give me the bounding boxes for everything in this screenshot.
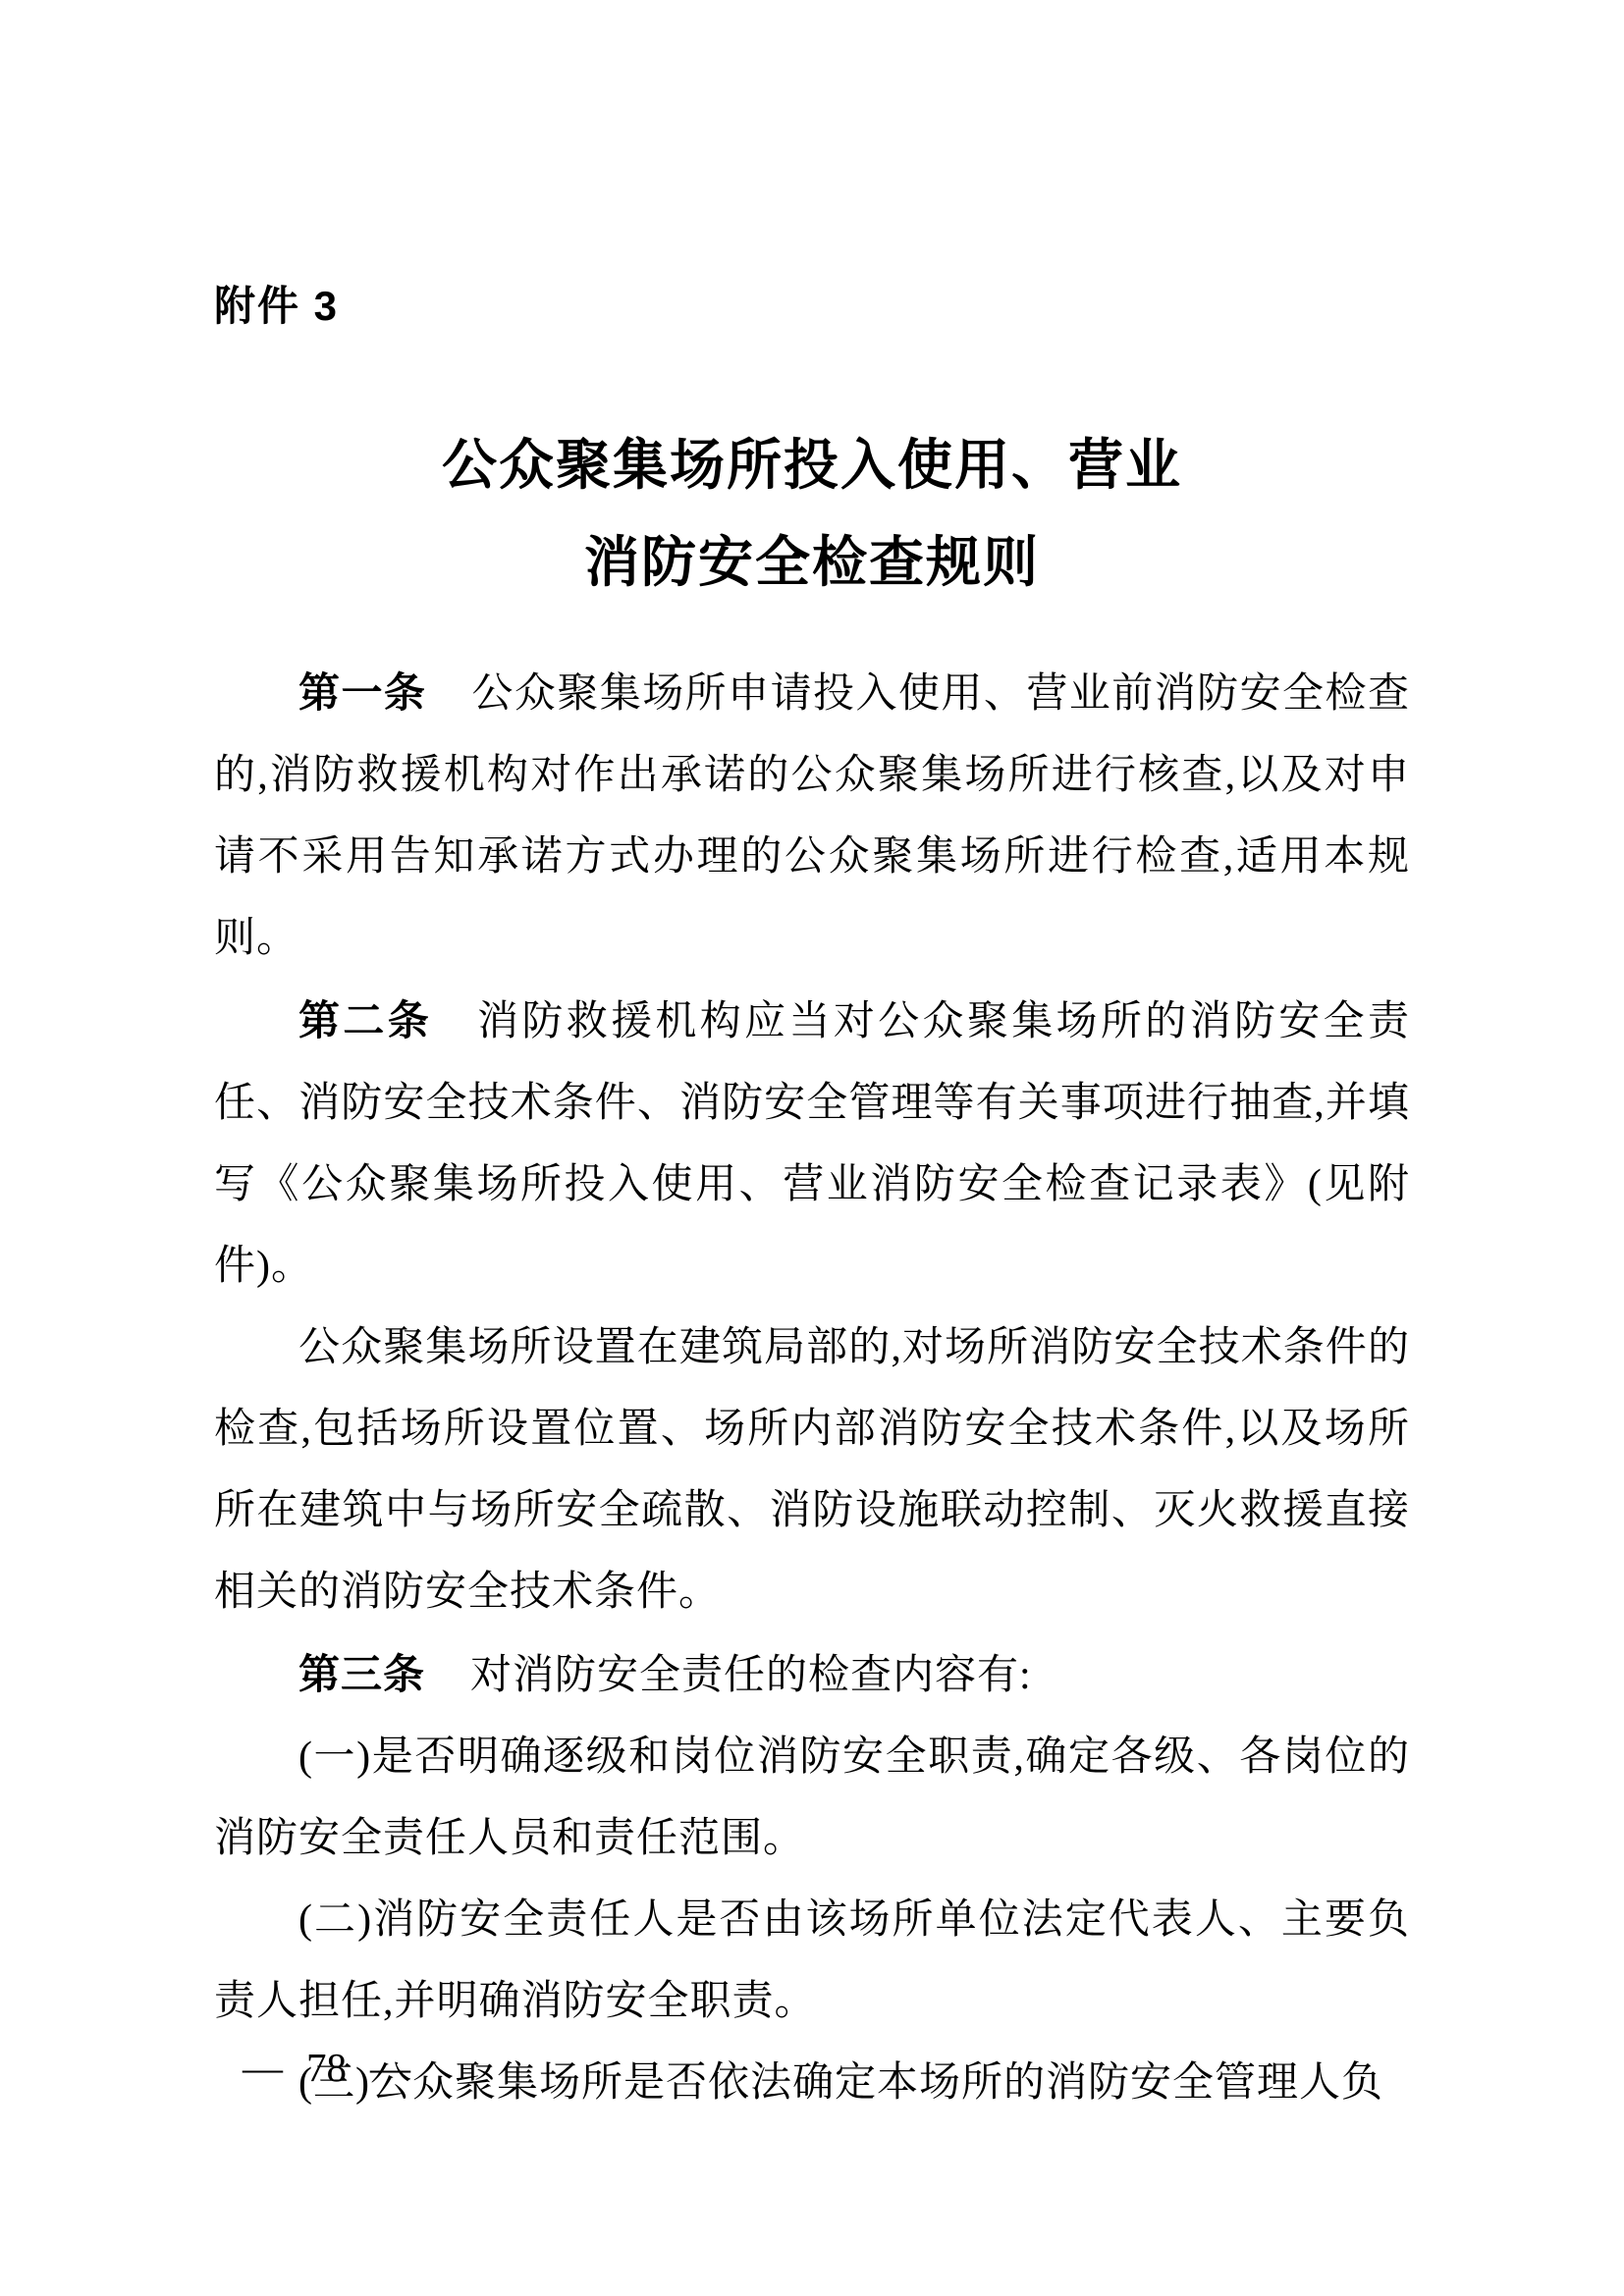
paragraph: 第三条对消防安全责任的检查内容有: <box>214 1633 1410 1717</box>
paragraph-text: (一)是否明确逐级和岗位消防安全职责,确定各级、各岗位的消防安全责任人员和责任范… <box>214 1735 1410 1861</box>
paragraph-text: (三)公众聚集场所是否依法确定本场所的消防安全管理人负 <box>298 2060 1383 2106</box>
page-number: 78 <box>306 2048 347 2088</box>
paragraph-text: 公众聚集场所设置在建筑局部的,对场所消防安全技术条件的检查,包括场所设置位置、场… <box>214 1325 1410 1615</box>
paragraph-text: 对消防安全责任的检查内容有: <box>470 1653 1032 1698</box>
document-title-line1: 公众聚集场所投入使用、营业 <box>0 418 1624 515</box>
footer-dash-right: — <box>370 2048 410 2088</box>
document-title: 公众聚集场所投入使用、营业 消防安全检查规则 <box>0 418 1624 613</box>
paragraph: 第一条公众聚集场所申请投入使用、营业前消防安全检查的,消防救援机构对作出承诺的公… <box>214 652 1410 980</box>
article-number-label: 第二条 <box>298 997 432 1043</box>
article-number-label: 第一条 <box>298 669 426 716</box>
paragraph: (一)是否明确逐级和岗位消防安全职责,确定各级、各岗位的消防安全责任人员和责任范… <box>214 1717 1410 1880</box>
document-page: 附件 3 公众聚集场所投入使用、营业 消防安全检查规则 第一条公众聚集场所申请投… <box>0 0 1624 2296</box>
document-title-line2: 消防安全检查规则 <box>0 515 1624 613</box>
page-footer: — 78 — <box>243 2048 410 2088</box>
document-body: 第一条公众聚集场所申请投入使用、营业前消防安全检查的,消防救援机构对作出承诺的公… <box>214 652 1410 2124</box>
paragraph: 公众聚集场所设置在建筑局部的,对场所消防安全技术条件的检查,包括场所设置位置、场… <box>214 1308 1410 1633</box>
article-number-label: 第三条 <box>298 1651 425 1697</box>
footer-dash-left: — <box>243 2048 283 2088</box>
attachment-label: 附件 3 <box>214 286 339 327</box>
paragraph-text: (二)消防安全责任人是否由该场所单位法定代表人、主要负责人担任,并明确消防安全职… <box>214 1897 1410 2024</box>
paragraph: 第二条消防救援机构应当对公众聚集场所的消防安全责任、消防安全技术条件、消防安全管… <box>214 980 1410 1308</box>
paragraph: (二)消防安全责任人是否由该场所单位法定代表人、主要负责人担任,并明确消防安全职… <box>214 1880 1410 2043</box>
